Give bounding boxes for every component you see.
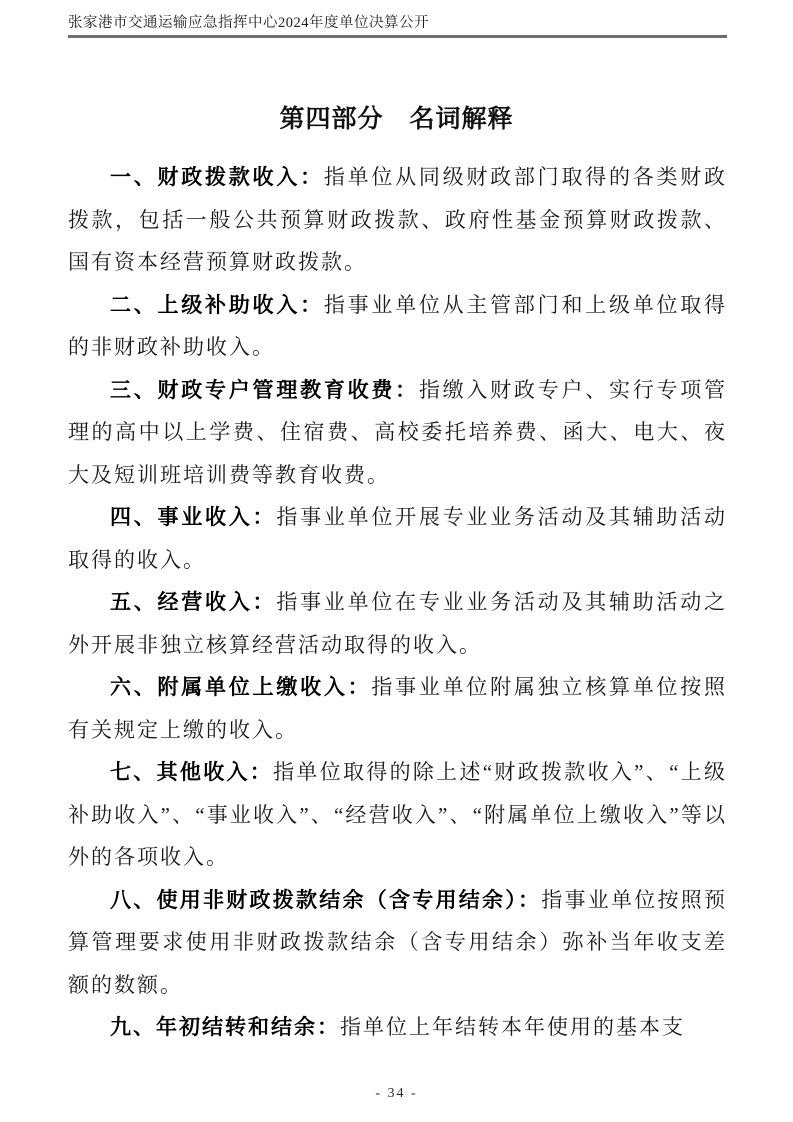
term-label-7: 七、其他收入： (110, 760, 273, 784)
term-label-2: 二、上级补助收入： (110, 293, 324, 317)
term-label-1: 一、财政拨款收入： (110, 165, 324, 189)
page-number: - 34 - (0, 1086, 793, 1102)
term-paragraph-9: 九、年初结转和结余：指单位上年结转本年使用的基本支 (68, 1006, 727, 1049)
term-paragraph-4: 四、事业收入：指事业单位开展专业业务活动及其辅助活动取得的收入。 (68, 496, 727, 581)
term-text-9: 指单位上年结转本年使用的基本支 (340, 1015, 685, 1039)
term-paragraph-3: 三、财政专户管理教育收费：指缴入财政专户、实行专项管理的高中以上学费、住宿费、高… (68, 369, 727, 497)
section-title: 第四部分 名词解释 (0, 99, 793, 135)
term-label-9: 九、年初结转和结余： (110, 1015, 340, 1039)
term-paragraph-5: 五、经营收入：指事业单位在专业业务活动及其辅助活动之外开展非独立核算经营活动取得… (68, 581, 727, 666)
term-label-3: 三、财政专户管理教育收费： (110, 378, 419, 402)
term-paragraph-2: 二、上级补助收入：指事业单位从主管部门和上级单位取得的非财政补助收入。 (68, 284, 727, 369)
header-divider (68, 35, 727, 38)
term-paragraph-7: 七、其他收入：指单位取得的除上述“财政拨款收入”、“上级补助收入”、“事业收入”… (68, 751, 727, 879)
term-label-8: 八、使用非财政拨款结余（含专用结余）： (110, 888, 541, 912)
document-header-text: 张家港市交通运输应急指挥中心2024年度单位决算公开 (68, 11, 727, 35)
glossary-content: 一、财政拨款收入：指单位从同级财政部门取得的各类财政拨款，包括一般公共预算财政拨… (68, 156, 727, 1049)
term-label-6: 六、附属单位上缴收入： (110, 675, 371, 699)
term-paragraph-8: 八、使用非财政拨款结余（含专用结余）：指事业单位按照预算管理要求使用非财政拨款结… (68, 879, 727, 1007)
term-paragraph-1: 一、财政拨款收入：指单位从同级财政部门取得的各类财政拨款，包括一般公共预算财政拨… (68, 156, 727, 284)
term-label-4: 四、事业收入： (110, 505, 276, 529)
term-paragraph-6: 六、附属单位上缴收入：指事业单位附属独立核算单位按照有关规定上缴的收入。 (68, 666, 727, 751)
document-page: 张家港市交通运输应急指挥中心2024年度单位决算公开 第四部分 名词解释 一、财… (0, 0, 793, 1122)
page-header: 张家港市交通运输应急指挥中心2024年度单位决算公开 (68, 11, 727, 38)
term-label-5: 五、经营收入： (110, 590, 276, 614)
